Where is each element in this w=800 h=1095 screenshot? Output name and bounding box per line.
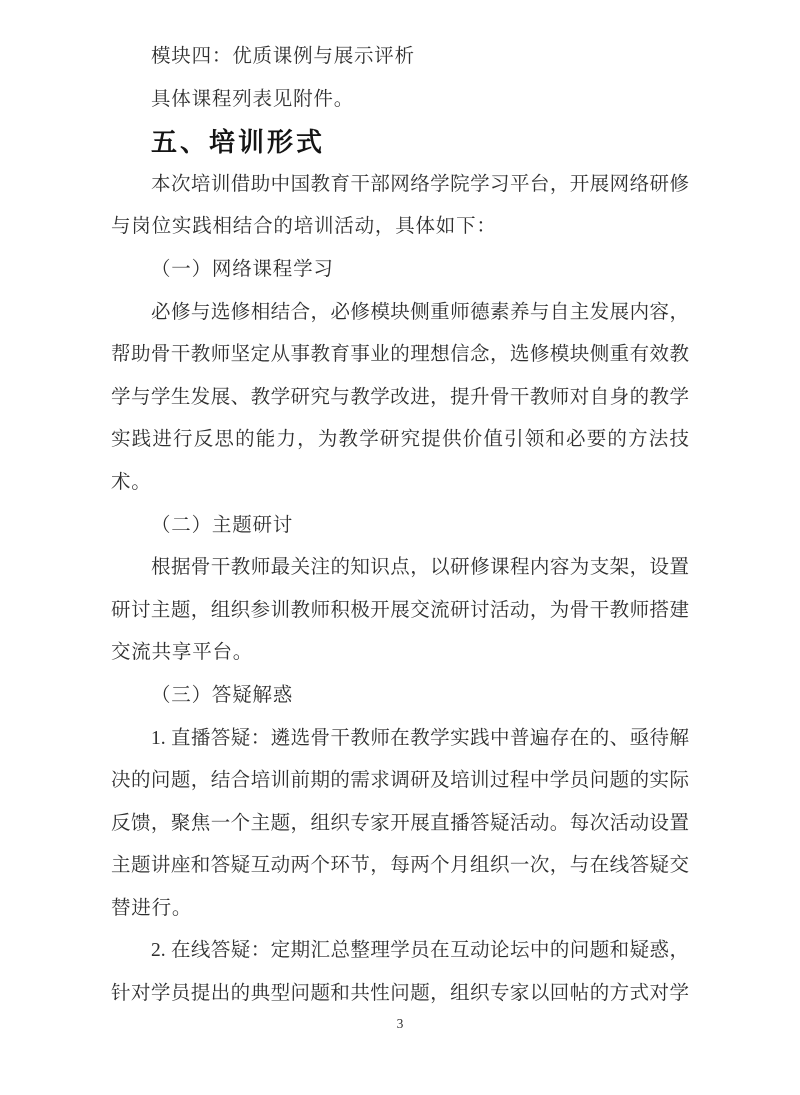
text-line: 必修与选修相结合，必修模块侧重师德素养与自主发展内容， [111, 292, 689, 335]
text-line: 主题讲座和答疑互动两个环节，每两个月组织一次，与在线答疑交 [111, 845, 689, 888]
section-heading: 五、培训形式 [111, 121, 689, 164]
text-line-attachment-note: 具体课程列表见附件。 [111, 79, 689, 122]
text-line: 实践进行反思的能力，为教学研究提供价值引领和必要的方法技 [111, 419, 689, 462]
text-line: 决的问题，结合培训前期的需求调研及培训过程中学员问题的实际 [111, 760, 689, 803]
subsection-heading-one: （一）网络课程学习 [111, 249, 689, 292]
text-line: 替进行。 [111, 888, 689, 931]
subsection-heading-two: （二）主题研讨 [111, 505, 689, 548]
text-line: 反馈，聚焦一个主题，组织专家开展直播答疑活动。每次活动设置 [111, 803, 689, 846]
text-line: 与岗位实践相结合的培训活动，具体如下： [111, 206, 689, 249]
text-line: 交流共享平台。 [111, 632, 689, 675]
text-line-module-four: 模块四：优质课例与展示评析 [111, 36, 689, 79]
text-line: 本次培训借助中国教育干部网络学院学习平台，开展网络研修 [111, 164, 689, 207]
text-line: 学与学生发展、教学研究与教学改进，提升骨干教师对自身的教学 [111, 377, 689, 420]
text-line-item-2: 2. 在线答疑：定期汇总整理学员在互动论坛中的问题和疑惑， [111, 930, 689, 973]
text-line: 根据骨干教师最关注的知识点，以研修课程内容为支架，设置 [111, 547, 689, 590]
text-line: 针对学员提出的典型问题和共性问题，组织专家以回帖的方式对学 [111, 973, 689, 1016]
text-line: 研讨主题，组织参训教师积极开展交流研讨活动，为骨干教师搭建 [111, 590, 689, 633]
subsection-heading-three: （三）答疑解惑 [111, 675, 689, 718]
text-line: 帮助骨干教师坚定从事教育事业的理想信念，选修模块侧重有效教 [111, 334, 689, 377]
page-number: 3 [0, 1013, 800, 1035]
document-body: 模块四：优质课例与展示评析 具体课程列表见附件。 五、培训形式 本次培训借助中国… [111, 36, 689, 1016]
text-line-item-1: 1. 直播答疑：遴选骨干教师在教学实践中普遍存在的、亟待解 [111, 718, 689, 761]
text-line: 术。 [111, 462, 689, 505]
document-page: 模块四：优质课例与展示评析 具体课程列表见附件。 五、培训形式 本次培训借助中国… [0, 0, 800, 1095]
